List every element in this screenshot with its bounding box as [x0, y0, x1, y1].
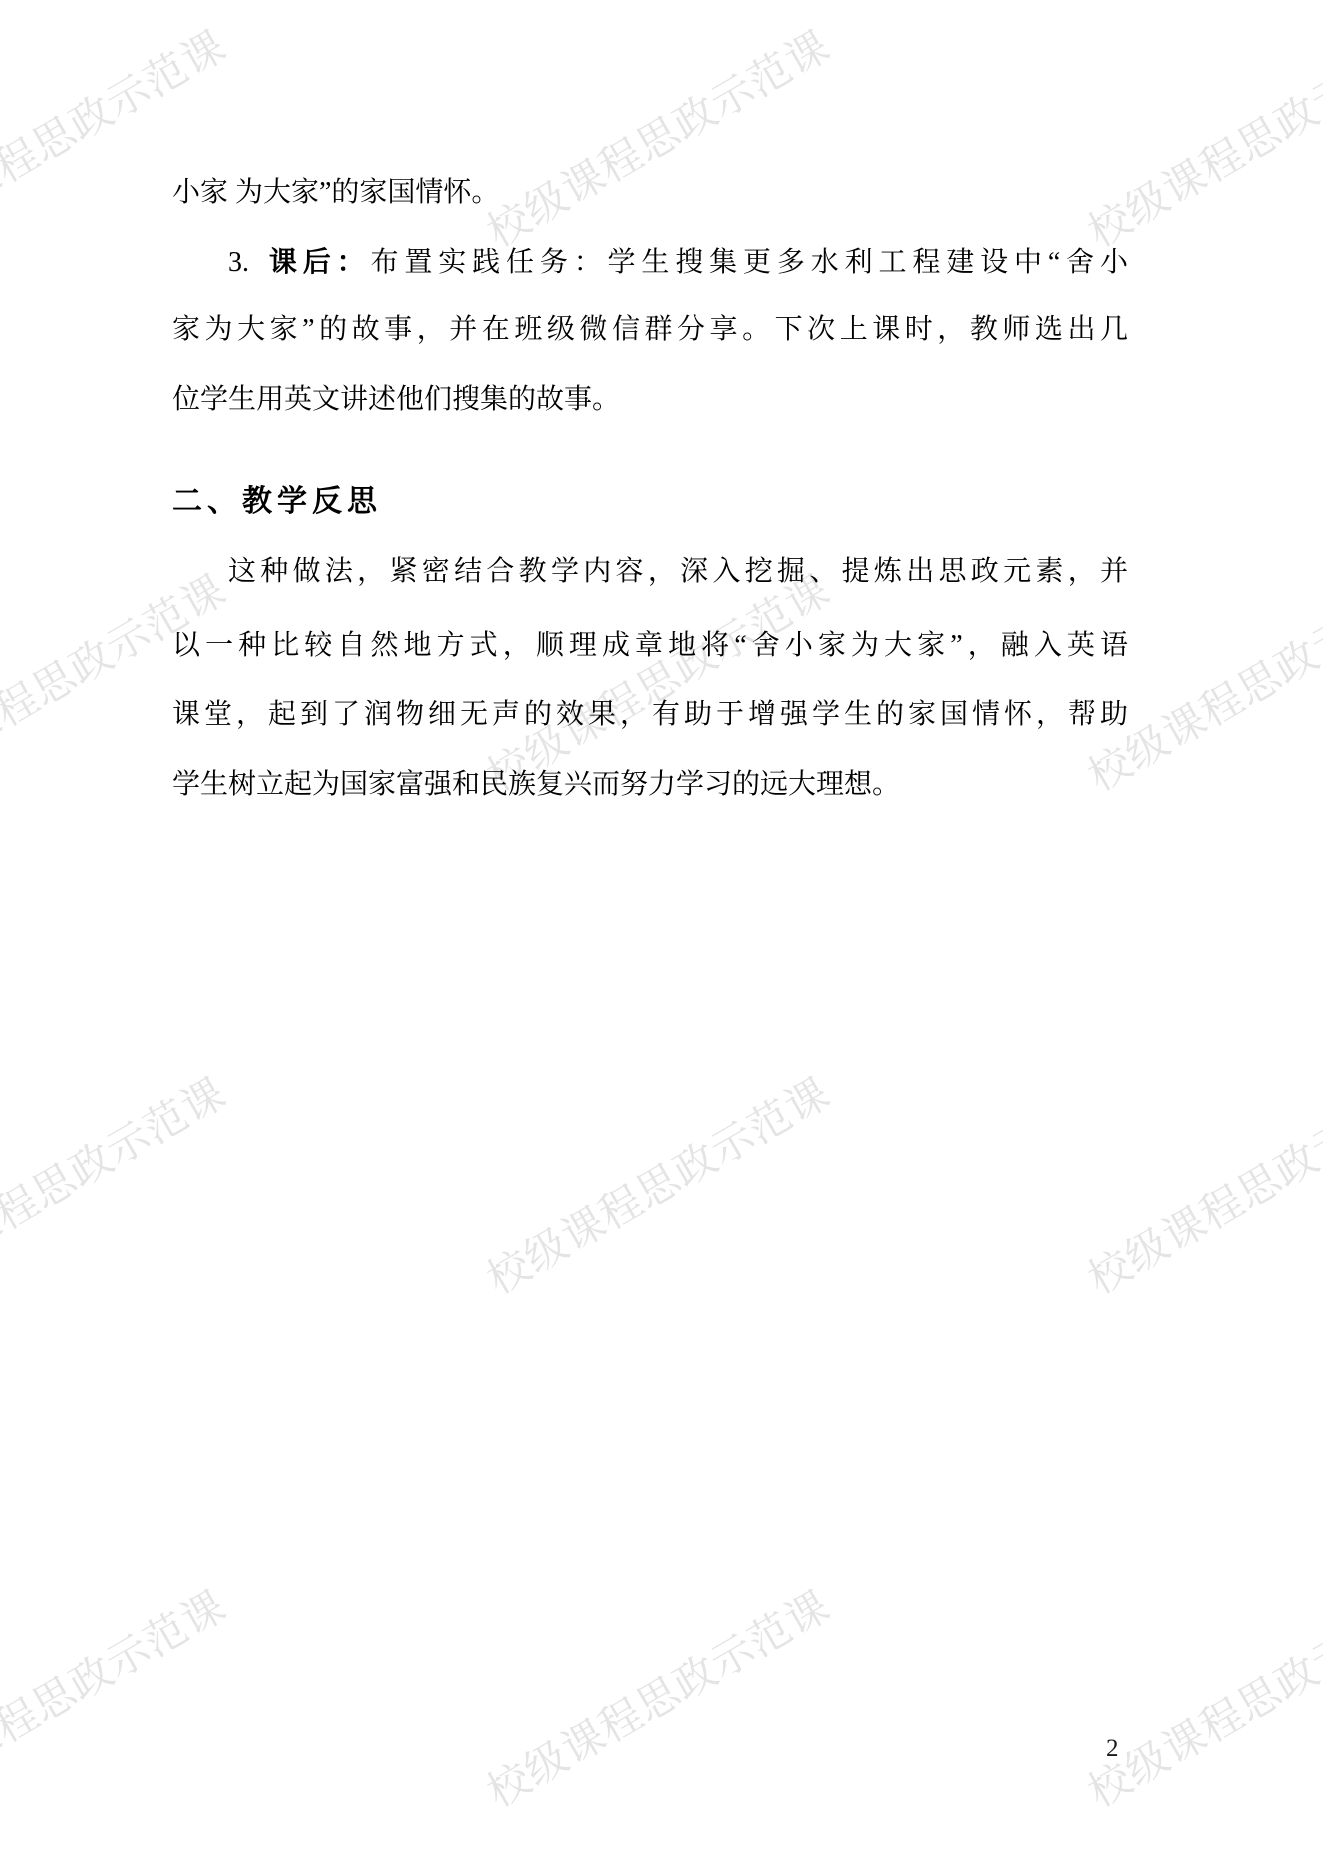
list-item-3-line-3: 位学生用英文讲述他们搜集的故事。	[172, 382, 620, 418]
section-heading: 二、教学反思	[172, 483, 382, 521]
list-item-text: 布置实践任务：学生搜集更多水利工程建设中“舍小	[370, 247, 1128, 278]
document-content: 小家 为大家”的家国情怀。 3.课后：布置实践任务：学生搜集更多水利工程建设中“…	[0, 0, 1323, 1871]
list-item-3-line-1: 3.课后：布置实践任务：学生搜集更多水利工程建设中“舍小	[228, 244, 1128, 281]
page-number: 2	[1106, 1734, 1119, 1764]
reflection-line-4: 学生树立起为国家富强和民族复兴而努力学习的远大理想。	[172, 767, 900, 803]
list-item-number: 3.	[228, 247, 249, 278]
list-item-3-line-2: 家为大家”的故事，并在班级微信群分享。下次上课时，教师选出几	[172, 312, 1128, 348]
reflection-line-1: 这种做法，紧密结合教学内容，深入挖掘、提炼出思政元素，并	[228, 554, 1128, 590]
paragraph-tail-line: 小家 为大家”的家国情怀。	[172, 175, 499, 211]
reflection-line-3: 课堂，起到了润物细无声的效果，有助于增强学生的家国情怀，帮助	[172, 697, 1128, 733]
document-page: 校级课程思政示范课校级课程思政示范课校级课程思政示范课校级课程思政示范课校级课程…	[0, 0, 1323, 1871]
list-item-label: 课后：	[263, 246, 370, 277]
reflection-line-2: 以一种比较自然地方式，顺理成章地将“舍小家为大家”，融入英语	[172, 628, 1128, 664]
